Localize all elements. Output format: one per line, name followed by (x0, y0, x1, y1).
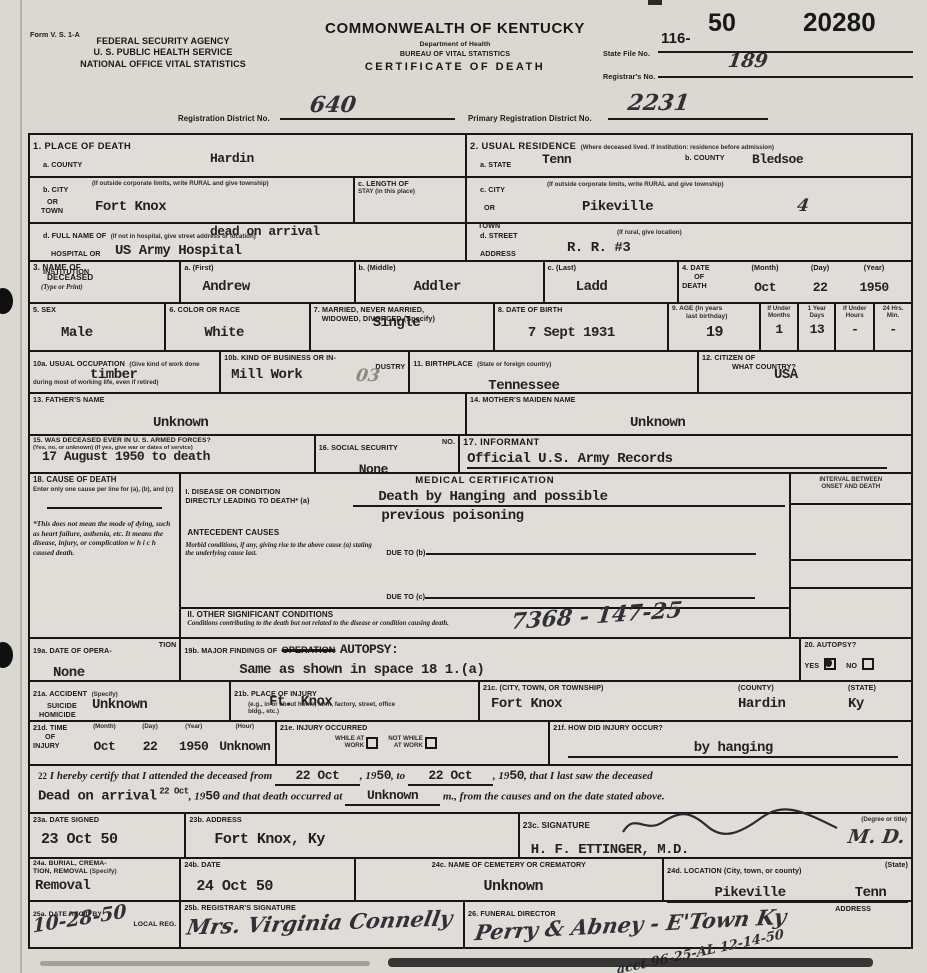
burial-type-value: Removal (35, 879, 176, 894)
middle-name-value: Addler (414, 280, 540, 295)
box-14-mother-name: 14. MOTHER'S MAIDEN NAME Unknown (465, 394, 911, 434)
issuing-agency: FEDERAL SECURITY AGENCY U. S. PUBLIC HEA… (38, 36, 288, 70)
scan-artifact (648, 0, 662, 5)
box-20-autopsy: 20. AUTOPSY? YES NO (799, 639, 911, 680)
box-21f-how-injury: 21f. HOW DID INJURY OCCUR? by hanging (548, 722, 911, 764)
box-10a-occupation: 10a. USUAL OCCUPATION (Give kind of work… (30, 352, 219, 392)
autopsy-yes-label: YES (804, 661, 819, 670)
residence-county-label: b. COUNTY (685, 153, 725, 162)
medical-certification: MEDICAL CERTIFICATION I. DISEASE OR COND… (179, 474, 788, 637)
industry-value: Mill Work (231, 368, 302, 383)
file-reference-handwriting: 7368 - 147-25 (510, 598, 683, 632)
injury-month-value: Oct (79, 740, 131, 754)
age-months-col: If Under Months 1 (759, 304, 798, 350)
not-while-at-work-checkbox (425, 737, 437, 749)
residence-county-value: Bledsoe (752, 153, 803, 167)
age-minutes-col: 24 Hrs. Min. - (873, 304, 911, 350)
residence-note: (Where deceased lived. If institution: r… (581, 144, 774, 151)
date-of-birth-value: 7 Sept 1931 (528, 326, 664, 341)
box-23c-signature: 23c. SIGNATURE (Degree or title) M. D. H… (518, 814, 911, 857)
mother-name-value: Unknown (630, 416, 908, 431)
attended-from-value: 22 Oct (296, 768, 340, 783)
box-9-age: 9. AGE (In years last birthday) 19 (667, 304, 759, 350)
burial-state-value: Tenn (833, 886, 908, 903)
street-address-value: R. R. #3 (567, 241, 630, 256)
age-days-value: 13 (802, 323, 831, 337)
injury-day-value: 22 (130, 740, 170, 754)
due-to-c-line (425, 589, 755, 599)
county-label: a. COUNTY (43, 160, 82, 169)
street-note: (If rural, give location) (617, 229, 682, 236)
divider (47, 507, 162, 509)
last-saw-value: Dead on arrival (38, 788, 157, 804)
box-21b-place-of-injury: 21b. PLACE OF INJURY (e.g., in or about … (229, 682, 478, 720)
box-21e-injury-occurred: 21e. INJURY OCCURRED WHILE ATWORK NOT WH… (275, 722, 548, 764)
degree-handwriting: M. D. (847, 828, 906, 847)
institution-value: US Army Hospital (115, 244, 241, 259)
autopsy-no-label: NO (846, 661, 857, 670)
attended-to-year: 50 (509, 768, 524, 783)
box-24b-burial-date: 24b. DATE 24 Oct 50 (179, 859, 353, 900)
box-2-title: 2. USUAL RESIDENCE (470, 141, 576, 151)
death-month-value: Oct (734, 281, 796, 295)
funeral-address-label: ADDRESS (835, 904, 871, 913)
injury-state-value: Ky (848, 697, 908, 712)
paper-edge (20, 0, 22, 973)
antecedent-note: Morbid conditions, if any, giving rise t… (185, 542, 380, 604)
box-17-informant: 17. INFORMANT Official U.S. Army Records (458, 436, 911, 472)
age-days-col: 1 Year Days 13 (797, 304, 834, 350)
sex-value: Male (61, 326, 161, 341)
date-received-value: 10-28-50 (32, 902, 126, 936)
box-5-sex: 5. SEX Male (30, 304, 164, 350)
while-at-work-checkbox (366, 737, 378, 749)
burial-city-value: Pikeville (667, 886, 833, 903)
certificate-header: Form V. S. 1-A FEDERAL SECURITY AGENCY U… (28, 8, 913, 132)
manner-value: Unknown (92, 698, 147, 713)
autopsy-findings-value: Same as shown in space 18 1.(a) (239, 663, 796, 678)
first-name-value: Andrew (202, 280, 350, 295)
box-2-usual-residence: 2. USUAL RESIDENCE (Where deceased lived… (465, 135, 911, 260)
city-note: (If outside corporate limits, write RURA… (92, 180, 342, 187)
box-1-title: 1. PLACE OF DEATH (33, 141, 131, 151)
box-7-marital-status: 7. MARRIED, NEVER MARRIED, WIDOWED, DIVO… (309, 304, 493, 350)
antecedent-causes-label: ANTECEDENT CAUSES (187, 528, 788, 538)
box-24c-cemetery: 24c. NAME OF CEMETERY OR CREMATORY Unkno… (354, 859, 663, 900)
date-signed-value: 23 Oct 50 (41, 832, 181, 848)
residence-state-value: Tenn (542, 153, 571, 167)
box-19b-autopsy-findings: 19b. MAJOR FINDINGS OF OPERATION AUTOPSY… (179, 639, 799, 680)
box-3-name-label: 3. NAME OF DECEASED (Type or Print) (30, 262, 179, 302)
bureau: BUREAU OF VITAL STATISTICS (290, 49, 620, 58)
certificate-title-block: COMMONWEALTH OF KENTUCKY Department of H… (290, 20, 620, 75)
age-value: 19 (706, 325, 756, 341)
death-day-value: 22 (796, 281, 844, 295)
physician-signature (615, 808, 845, 838)
marital-status-value: Single (373, 316, 420, 331)
death-hour-value: Unknown (367, 788, 418, 803)
residence-city-hand-note: 4 (796, 198, 810, 215)
death-county-value: Hardin (210, 152, 254, 166)
box-21a-manner: 21a. ACCIDENT (Specify) SUICIDE HOMICIDE… (30, 682, 229, 720)
significant-conditions-note: Conditions contributing to the death but… (187, 620, 467, 629)
age-hours-col: If Under Hours - (834, 304, 873, 350)
box-24a-burial: 24a. BURIAL, CREMA- TION, REMOVAL (Speci… (30, 859, 179, 900)
attended-to-value: 22 Oct (428, 768, 472, 783)
degree-or-title-label: (Degree or title) (861, 816, 907, 823)
state-file-no-line (658, 41, 913, 53)
primary-district-label: Primary Registration District No. (468, 108, 592, 126)
father-name-value: Unknown (153, 416, 462, 431)
box-13-father-name: 13. FATHER'S NAME Unknown (30, 394, 465, 434)
birthplace-note: (State or foreign country) (477, 361, 551, 368)
box-4-date-of-death: 4. DATE OF DEATH (Month)Oct (Day)22 (Yea… (677, 262, 911, 302)
death-city-value: Fort Knox (95, 200, 166, 215)
residence-city-note: (If outside corporate limits, write RURA… (547, 181, 724, 188)
box-3a-first-name: a. (First) Andrew (179, 262, 353, 302)
struck-operation-word: OPERATION (282, 645, 336, 655)
typed-autopsy-word: AUTOPSY: (340, 642, 398, 657)
age-minutes-value: - (878, 323, 908, 337)
box-21c-injury-location: 21c. (CITY, TOWN, OR TOWNSHIP) (COUNTY) … (478, 682, 911, 720)
last-saw-year: 50 (205, 788, 220, 803)
box-3c-last-name: c. (Last) Ladd (543, 262, 677, 302)
interval-column: INTERVAL BETWEENONSET AND DEATH (789, 474, 911, 637)
box-21d-time-of-injury: 21d. TIME OF INJURY (Month)Oct (Day)22 (… (30, 722, 275, 764)
box-23b-address: 23b. ADDRESS Fort Knox, Ky (184, 814, 517, 857)
state-file-no-label: State File No. (603, 43, 650, 61)
registration-district-line (280, 108, 455, 120)
box-1-place-of-death: 1. PLACE OF DEATH a. COUNTY Hardin b. CI… (30, 135, 465, 260)
registrar-no-line (658, 66, 913, 78)
operation-date-value: None (53, 666, 176, 681)
box-25a-date-received: 25a. DATE REC'D BY LOCAL REG. 10-28-50 (30, 902, 179, 947)
box-1d-institution: d. FULL NAME OF (If not in hospital, giv… (30, 222, 465, 258)
cause-of-death-line2: previous poisoning (381, 509, 784, 524)
cause-note: Enter only one cause per line for (a), (… (33, 486, 176, 493)
file-stamp-right: 20280 (803, 6, 876, 39)
signer-address-value: Fort Knox, Ky (214, 832, 514, 848)
injury-hour-value: Unknown (217, 740, 272, 754)
box-22-number: 22 (38, 771, 47, 781)
injury-year-value: 1950 (170, 740, 218, 754)
age-hours-value: - (839, 323, 870, 337)
industry-pencil-note: 03 (355, 368, 381, 385)
dead-on-arrival-overstrike: dead on arrival (210, 225, 320, 239)
registration-district-label: Registration District No. (178, 108, 270, 126)
medical-certification-title: MEDICAL CERTIFICATION (181, 475, 788, 487)
box-11-birthplace: 11. BIRTHPLACE (State or foreign country… (408, 352, 697, 392)
hole-punch-mark (0, 642, 13, 668)
hole-punch-mark (0, 288, 13, 314)
box-1b-city: b. CITY (If outside corporate limits, wr… (30, 178, 353, 222)
injury-city-value: Fort Knox (491, 697, 738, 712)
injury-county-value: Hardin (738, 697, 848, 712)
birthplace-value: Tennessee (488, 379, 694, 394)
state-label: a. STATE (480, 160, 511, 169)
last-name-value: Ladd (576, 280, 674, 295)
interval-line-c (791, 561, 911, 589)
age-months-value: 1 (764, 323, 795, 337)
attended-from-year: 50 (376, 768, 391, 783)
box-3b-middle-name: b. (Middle) Addler (354, 262, 543, 302)
box-25b-registrar-signature: 25b. REGISTRAR'S SIGNATURE Mrs. Virginia… (179, 902, 463, 947)
death-year-value: 1950 (844, 281, 904, 295)
box-12-citizenship: 12. CITIZEN OF WHAT COUNTRY? USA (697, 352, 911, 392)
state-title: COMMONWEALTH OF KENTUCKY (290, 20, 620, 39)
cause-of-death-line1: Death by Hanging and possible (378, 489, 607, 505)
how-injury-value: by hanging (694, 740, 773, 756)
scan-smudge-bar (40, 961, 370, 966)
box-16-ssn: 16. SOCIAL SECURITY NO. None (314, 436, 458, 472)
box-26-funeral-director: 26. FUNERAL DIRECTOR ADDRESS Perry & Abn… (463, 902, 911, 947)
box-10b-industry: 10b. KIND OF BUSINESS OR IN- DUSTRY Mill… (219, 352, 408, 392)
box-6-color-or-race: 6. COLOR OR RACE White (164, 304, 308, 350)
citizenship-value: USA (774, 368, 798, 383)
interval-line-b (791, 505, 911, 561)
death-certificate-scan: Form V. S. 1-A FEDERAL SECURITY AGENCY U… (0, 0, 927, 973)
burial-date-value: 24 Oct 50 (196, 879, 350, 895)
armed-forces-value: 17 August 1950 to death (42, 450, 210, 464)
box-24d-location: 24d. LOCATION (City, town, or county) (S… (662, 859, 911, 900)
box-19a-date-of-operation: 19a. DATE OF OPERA- TION None (30, 639, 179, 680)
occupation-value: timber (90, 368, 137, 383)
box-1c-length-of-stay: c. LENGTH OF STAY (in this place) (353, 178, 465, 222)
race-value: White (204, 326, 305, 341)
box-18-cause-of-death: 18. CAUSE OF DEATH Enter only one cause … (30, 474, 179, 637)
box-15-armed-forces: 15. WAS DECEASED EVER IN U. S. ARMED FOR… (30, 436, 314, 472)
scan-smudge-bar (388, 958, 873, 967)
file-stamp-left: 50 (708, 8, 736, 39)
certificate-type: CERTIFICATE OF DEATH (290, 61, 620, 75)
interval-line-a (791, 491, 911, 505)
box-23a-date-signed: 23a. DATE SIGNED 23 Oct 50 (30, 814, 184, 857)
box-22-certification: 22 I hereby certify that I attended the … (30, 766, 911, 812)
informant-value: Official U.S. Army Records (467, 451, 672, 467)
last-saw-date: 22 Oct (159, 787, 188, 797)
cause-footnote: *This does not mean the mode of dying, s… (33, 519, 176, 558)
box-8-date-of-birth: 8. DATE OF BIRTH 7 Sept 1931 (493, 304, 667, 350)
autopsy-no-checkbox (862, 658, 874, 670)
department: Department of Health (290, 41, 620, 49)
registrar-no-label: Registrar's No. (603, 66, 655, 84)
cemetery-value: Unknown (484, 879, 660, 895)
certificate-form: 1. PLACE OF DEATH a. COUNTY Hardin b. CI… (28, 133, 913, 949)
place-of-injury-value: Ft. Knox (269, 695, 332, 710)
due-to-b-line (426, 545, 756, 555)
residence-city-value: Pikeville (582, 200, 653, 215)
primary-district-line (608, 108, 768, 120)
